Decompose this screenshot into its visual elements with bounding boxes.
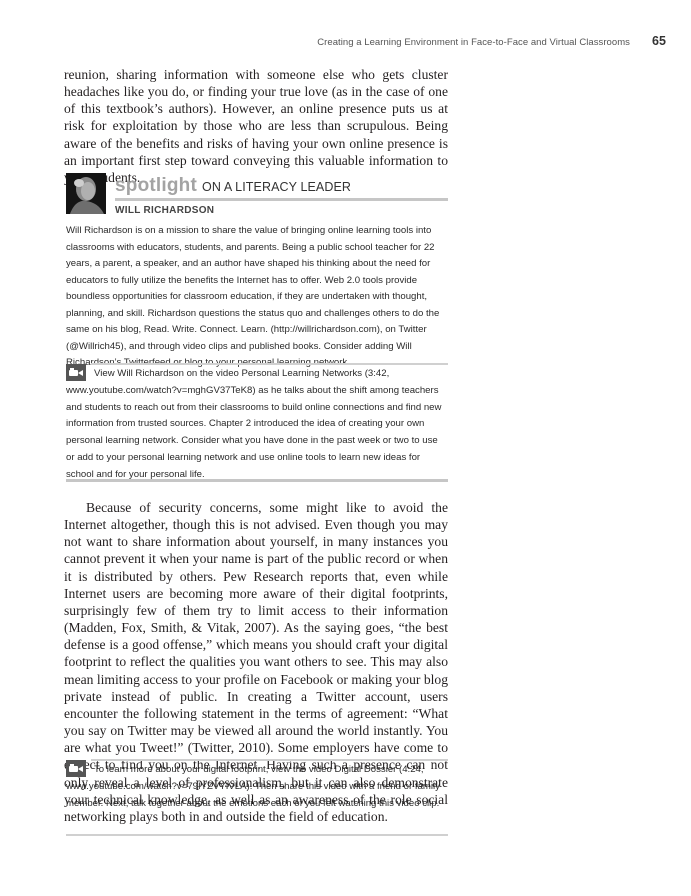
video-box-text: To learn more about your digital footpri… (66, 762, 448, 812)
spotlight-subtitle: ON A LITERACY LEADER (202, 180, 351, 194)
video-box-text: View Will Richardson on the video Person… (66, 366, 448, 484)
page-number: 65 (652, 34, 666, 48)
leader-name: WILL RICHARDSON (115, 205, 214, 216)
portrait-photo-icon (66, 173, 106, 214)
video-box-bottom-rule (66, 834, 448, 836)
spotlight-title: spotlightON A LITERACY LEADER (115, 175, 351, 197)
spotlight-divider (115, 198, 448, 201)
intro-paragraph: reunion, sharing information with someon… (64, 66, 448, 186)
video-box-personal-learning-networks: View Will Richardson on the video Person… (66, 364, 448, 482)
leader-bio: Will Richardson is on a mission to share… (66, 223, 448, 372)
spotlight-word: spotlight (115, 175, 197, 196)
video-box-bottom-rule (66, 479, 448, 482)
video-box-digital-dossier: To learn more about your digital footpri… (66, 760, 448, 810)
running-head: Creating a Learning Environment in Face-… (300, 37, 630, 48)
book-page: Creating a Learning Environment in Face-… (0, 0, 691, 896)
